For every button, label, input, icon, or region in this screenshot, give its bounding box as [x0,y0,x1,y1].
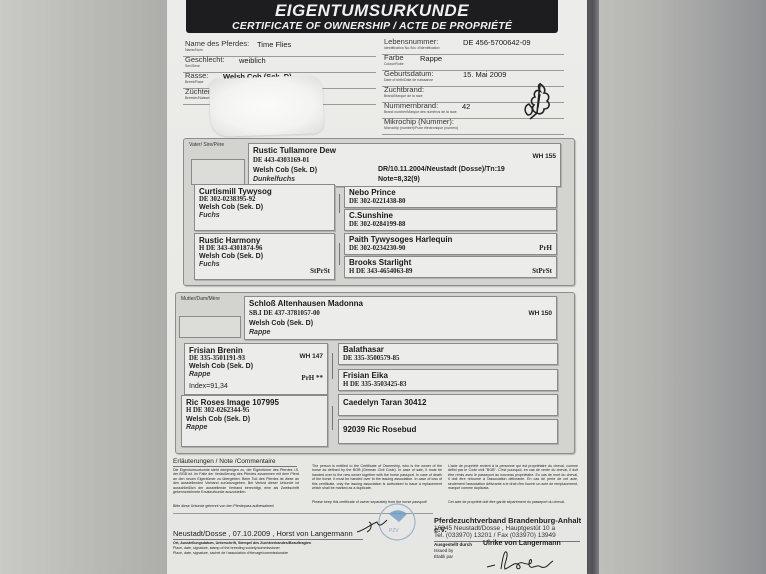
notes-english: The person is entitled to the Certificat… [312,464,442,500]
document-subtitle: CERTIFICATE OF OWNERSHIP / ACTE DE PROPR… [186,20,558,32]
notes-french: L'acte de propriété revient à la personn… [448,464,578,499]
life-number: DE 456-5700642-09 [463,39,531,47]
number-brand: 42 [462,103,470,111]
field-life-number: Lebensnummer: Identification No./No. d'i… [382,38,564,55]
dam-dam-sire: Caedelyn Taran 30412 [338,394,558,416]
horse-sex: weiblich [239,57,266,65]
sire-section: Vater/ Sire/Père Rustic Tullamore Dew DE… [183,138,575,286]
place-date-signatory: Neustadt/Dosse , 07.10.2009 , Horst von … [173,529,353,538]
notes-french-last: Cet acte de propriété doit être gardé sé… [448,500,578,506]
association-phone: Tel. (033970) 13201 / Fax (033970) 13949 [434,532,556,539]
ownership-certificate: EIGENTUMSURKUNDE CERTIFICATE OF OWNERSHI… [167,0,587,574]
sire-main: Rustic Tullamore Dew DE 443-4303169-01 W… [248,143,561,187]
sire-dam-dam: Brooks Starlight H DE 343-4654063-89 StP… [344,256,557,278]
sire-sire-sire: Nebo Prince DE 302-0221438-80 [344,186,557,208]
dam-section: Mutter/Dam/Mère Schloß Altenhausen Madon… [175,292,575,454]
association-stamp-icon: PZV [355,502,423,542]
field-sex: Geschlecht: Sex/Sexe weiblich [183,56,376,73]
notes-german: Die Eigentumsurkunde steht demjenigen zu… [173,468,299,504]
sire-sire: Curtismill Tywysog DE 302-0238395-92 Wel… [194,184,335,231]
tissue-covering-breeder [209,75,324,137]
document-title: EIGENTUMSURKUNDE [186,0,558,20]
oak-leaf-brand-icon [522,82,554,122]
dam-dam-dam: 92039 Ric Rosebud [338,419,558,444]
sire-dam: Rustic Harmony H DE 343-4301874-96 Welsh… [194,233,335,280]
horse-name: Time Flies [257,41,291,49]
sire-dam-sire: Paith Tywysoges Harlequin DE 302-0234230… [344,233,557,255]
signature-icon [485,545,565,574]
dam-main: Schloß Altenhausen Madonna SB.I DE 437-3… [244,296,557,340]
dam-sire-sire: Balathasar DE 335-3500579-85 [338,343,558,365]
dam-dam: Ric Roses Image 107995 H DE 302-0262344-… [181,395,328,447]
dam-sire-dam: Frisian Eika H DE 335-3503425-83 [338,369,558,391]
notes-german-last: Bitte diese Urkunde getrennt von den Pfe… [173,504,299,510]
birth-date: 15. Mai 2009 [463,71,506,79]
association-address: 16845 Neustadt/Dosse , Hauptgestüt 10 a [434,525,555,532]
dam-sire: Frisian Brenin DE 335-3501191-93 Welsh C… [184,343,328,395]
svg-text:PZV: PZV [389,528,399,534]
title-banner: EIGENTUMSURKUNDE CERTIFICATE OF OWNERSHI… [186,0,558,33]
notes-heading: Erläuterungen / Note /Commentaire [173,458,276,465]
sire-sire-dam: C.Sunshine DE 302-0284199-88 [344,209,557,231]
horse-color: Rappe [420,55,442,63]
